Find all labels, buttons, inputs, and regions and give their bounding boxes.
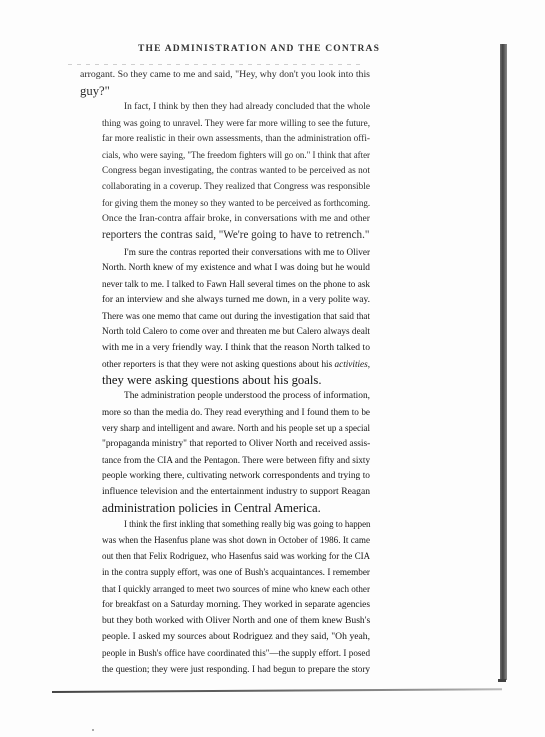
text-line: far more realistic in their own assessme… (80, 131, 370, 147)
text-line: never talk to me. I talked to Fawn Hall … (80, 276, 370, 292)
paragraph-2: In fact, I think by then they had alread… (80, 99, 370, 243)
text-line: thing was going to unravel. They were fa… (80, 115, 370, 131)
italic-emphasis: activities (335, 359, 368, 369)
text-line: arrogant. So they came to me and said, "… (80, 67, 370, 83)
paragraph-1: arrogant. So they came to me and said, "… (80, 67, 370, 99)
body-text: arrogant. So they came to me and said, "… (80, 67, 370, 677)
text-line: with me in a very friendly way. I think … (80, 340, 370, 356)
text-line: North. North knew of my existence and wh… (80, 260, 370, 276)
text-line: the question; they were just responding.… (80, 661, 370, 677)
scanned-book-page: THE ADMINISTRATION AND THE CONTRAS arrog… (0, 0, 545, 737)
text-line: North told Calero to come over and threa… (80, 324, 370, 340)
text-line: out then that Felix Rodriguez, who Hasen… (80, 548, 370, 564)
running-head: THE ADMINISTRATION AND THE CONTRAS (138, 44, 380, 54)
text-line: Once the Iran-contra affair broke, in co… (80, 211, 370, 227)
text-line: tance from the CIA and the Pentagon. The… (80, 452, 370, 468)
text-line: people. I asked my sources about Rodrigu… (80, 629, 370, 645)
text-line: that I quickly arranged to meet two sour… (80, 581, 370, 597)
header-rule (68, 64, 364, 65)
text-line: administration policies in Central Ameri… (80, 500, 370, 516)
scan-speck (92, 729, 94, 731)
text-line: for giving them the money so they wanted… (80, 195, 370, 211)
text-line: cials, who were saying, "The freedom fig… (80, 147, 370, 163)
text-line: I think the first inkling that something… (80, 516, 370, 532)
text-line: "propaganda ministry" that reported to O… (80, 436, 370, 452)
paragraph-4: The administration people understood the… (80, 388, 370, 516)
text-line: The administration people understood the… (80, 388, 370, 404)
text-line: There was one memo that came out during … (80, 308, 370, 324)
text-line: collaborating in a coverup. They realize… (80, 179, 370, 195)
text-line: for an interview and she always turned m… (80, 292, 370, 308)
text-line: for breakfast on a Saturday morning. The… (80, 597, 370, 613)
text-line: Congress began investigating, the contra… (80, 163, 370, 179)
text-line: was when the Hasenfus plane was shot dow… (80, 532, 370, 548)
text-line: they were asking questions about his goa… (80, 372, 370, 388)
text-line: reporters the contras said, "We're going… (80, 227, 370, 243)
text-line: more so than the media do. They read eve… (80, 404, 370, 420)
text-line: but they both worked with Oliver North a… (80, 613, 370, 629)
bottom-page-edge (52, 688, 502, 693)
paragraph-5: I think the first inkling that something… (80, 516, 370, 676)
text-line: other reporters is that they were not as… (80, 356, 370, 372)
text-line: very sharp and intelligent and aware. No… (80, 420, 370, 436)
text-line: guy?" (80, 83, 370, 99)
text-line: In fact, I think by then they had alread… (80, 99, 370, 115)
text-line: people in Bush's office have coordinated… (80, 645, 370, 661)
page-binding-edge (500, 44, 507, 680)
paragraph-3: I'm sure the contras reported their conv… (80, 244, 370, 388)
text-line: in the contra supply effort, was one of … (80, 564, 370, 580)
text-line: people working there, cultivating networ… (80, 468, 370, 484)
text-line: I'm sure the contras reported their conv… (80, 244, 370, 260)
text-line: influence television and the entertainme… (80, 484, 370, 500)
